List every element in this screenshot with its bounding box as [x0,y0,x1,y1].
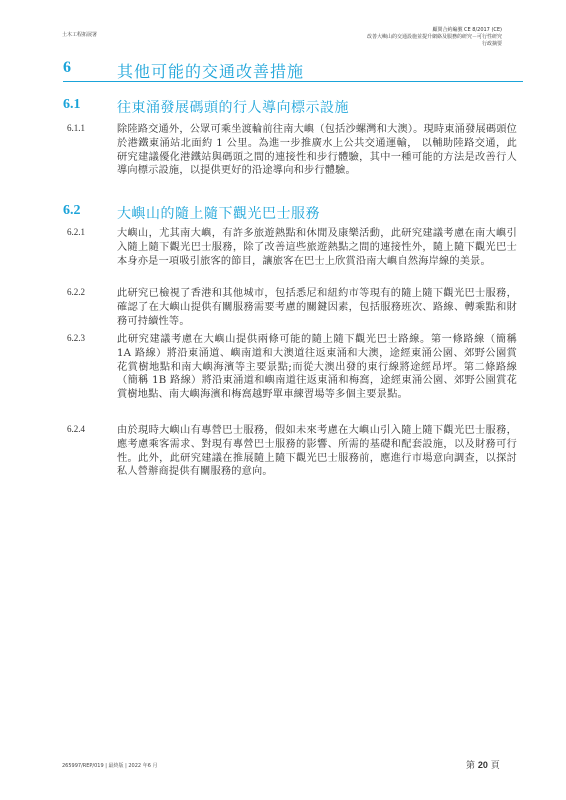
chapter-divider [63,81,523,82]
paragraph-number: 6.2.4 [67,424,85,434]
page-prefix: 第 [466,761,475,771]
header-contract-number: 顧問合約編號 CE 8/2017 (CE) [367,27,502,34]
header-study-title: 改善大嶼山的交通設施並提升網絡及服務的研究－可行性研究 [367,34,502,41]
page-suffix: 頁 [491,761,500,771]
paragraph-number: 6.2.1 [67,227,85,237]
page-number: 20 [478,760,488,770]
paragraph-number: 6.1.1 [67,123,85,133]
footer-document-reference: 265997/REP/019 | 最終版 | 2022 年6 月 [62,762,157,769]
chapter-heading: 6 其他可能的交通改善措施 [63,59,523,85]
chapter-title: 其他可能的交通改善措施 [117,59,304,82]
section-title: 往東涌發展碼頭的行人導向標示設施 [117,97,349,117]
footer-page-number: 第 20 頁 [466,758,500,771]
header-organization: 土木工程拓展署 [62,31,97,38]
paragraph-text: 此研究已檢視了香港和其他城市，包括悉尼和紐約市等現有的隨上隨下觀光巴士服務，確認… [117,287,517,328]
section-number: 6.2 [63,203,81,219]
paragraph-text: 此研究建議考慮在大嶼山提供兩條可能的隨上隨下觀光巴士路線。第一條路線（簡稱 1A… [117,333,517,402]
chapter-number: 6 [63,59,71,77]
paragraph-text: 大嶼山，尤其南大嶼，有許多旅遊熱點和休閒及康樂活動，此研究建議考慮在南大嶼引入隨… [117,227,517,268]
paragraph-number: 6.2.2 [67,287,85,297]
section-title: 大嶼山的隨上隨下觀光巴士服務 [117,203,320,223]
paragraph-number: 6.2.3 [67,333,85,343]
header-document-info: 顧問合約編號 CE 8/2017 (CE) 改善大嶼山的交通設施並提升網絡及服務… [367,27,502,48]
paragraph-text: 由於現時大嶼山有專營巴士服務，假如未來考慮在大嶼山引入隨上隨下觀光巴士服務，應考… [117,424,517,479]
paragraph-text: 除陸路交通外，公眾可乘坐渡輪前往南大嶼（包括沙螺灣和大澳）。現時東涌發展碼頭位於… [117,123,517,178]
section-number: 6.1 [63,97,81,113]
header-report-type: 行政摘要 [367,41,502,48]
